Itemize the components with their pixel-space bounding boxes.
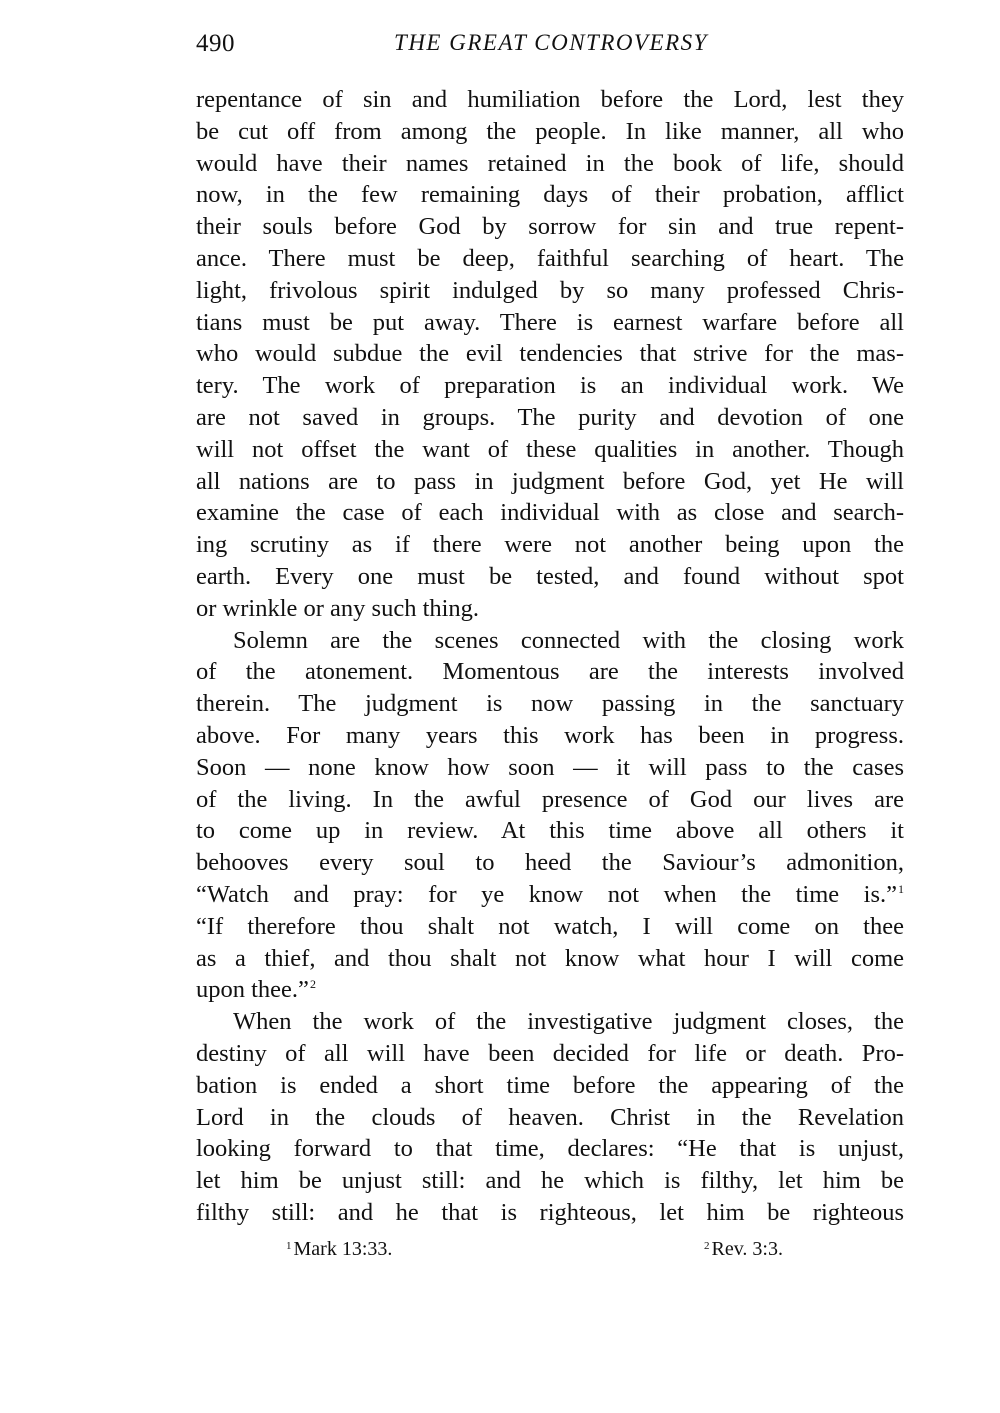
text-line: ing scrutiny as if there were not anothe… [196, 529, 904, 561]
text-line: “If therefore thou shalt not watch, I wi… [196, 911, 904, 943]
footnote-1: 1Mark 13:33. [286, 1238, 392, 1261]
text-line: as a thief, and thou shalt not know what… [196, 943, 904, 975]
footnote-ref-1: 1 [898, 882, 904, 896]
text-line: filthy still: and he that is righteous, … [196, 1197, 904, 1229]
text-line: earth. Every one must be tested, and fou… [196, 561, 904, 593]
text-line: their souls before God by sorrow for sin… [196, 211, 904, 243]
text-line: be cut off from among the people. In lik… [196, 116, 904, 148]
text-line: are not saved in groups. The purity and … [196, 402, 904, 434]
text-line-with-footnote: “Watch and pray: for ye know not when th… [196, 879, 904, 911]
text-line: will not offset the want of these qualit… [196, 434, 904, 466]
quote-text: upon thee.” [196, 976, 309, 1003]
paragraph-2: Solemn are the scenes connected with the… [196, 625, 904, 1007]
text-line: of the living. In the awful presence of … [196, 784, 904, 816]
text-line: tery. The work of preparation is an indi… [196, 370, 904, 402]
footnote-text: Rev. 3:3. [712, 1238, 783, 1260]
footnote-2: 2Rev. 3:3. [704, 1238, 783, 1261]
text-line-with-footnote: upon thee.”2 [196, 974, 904, 1006]
text-line: Soon — none know how soon — it will pass… [196, 752, 904, 784]
text-line: bation is ended a short time before the … [196, 1070, 904, 1102]
footnote-text: Mark 13:33. [294, 1238, 393, 1260]
body-text: repentance of sin and humiliation before… [196, 84, 904, 1229]
text-line: When the work of the investigative judgm… [196, 1006, 904, 1038]
running-title: THE GREAT CONTROVERSY [196, 30, 906, 56]
quote-text: “Watch and pray: for ye know not when th… [196, 881, 897, 908]
text-line: or wrinkle or any such thing. [196, 593, 904, 625]
text-line: tians must be put away. There is earnest… [196, 307, 904, 339]
text-line: destiny of all will have been decided fo… [196, 1038, 904, 1070]
text-line: Solemn are the scenes connected with the… [196, 625, 904, 657]
paragraph-3: When the work of the investigative judgm… [196, 1006, 904, 1229]
text-line: to come up in review. At this time above… [196, 815, 904, 847]
text-line: above. For many years this work has been… [196, 720, 904, 752]
text-line: repentance of sin and humiliation before… [196, 84, 904, 116]
text-line: of the atonement. Momentous are the inte… [196, 656, 904, 688]
footnote-ref-2: 2 [310, 977, 316, 991]
footnotes: 1Mark 13:33. 2Rev. 3:3. [196, 1238, 904, 1268]
text-line: looking forward to that time, declares: … [196, 1133, 904, 1165]
text-line: who would subdue the evil tendencies tha… [196, 338, 904, 370]
text-line: Lord in the clouds of heaven. Christ in … [196, 1102, 904, 1134]
text-line: light, frivolous spirit indulged by so m… [196, 275, 904, 307]
text-line: ance. There must be deep, faithful searc… [196, 243, 904, 275]
text-line: let him be unjust still: and he which is… [196, 1165, 904, 1197]
page-header: 490 THE GREAT CONTROVERSY [196, 28, 906, 64]
text-line: all nations are to pass in judgment befo… [196, 466, 904, 498]
text-line: examine the case of each individual with… [196, 497, 904, 529]
text-line: therein. The judgment is now passing in … [196, 688, 904, 720]
text-line: would have their names retained in the b… [196, 148, 904, 180]
paragraph-1: repentance of sin and humiliation before… [196, 84, 904, 625]
footnote-marker: 1 [286, 1240, 292, 1252]
text-line: now, in the few remaining days of their … [196, 179, 904, 211]
book-page: 490 THE GREAT CONTROVERSY repentance of … [0, 0, 1000, 1413]
footnote-marker: 2 [704, 1240, 710, 1252]
text-line: behooves every soul to heed the Saviour’… [196, 847, 904, 879]
